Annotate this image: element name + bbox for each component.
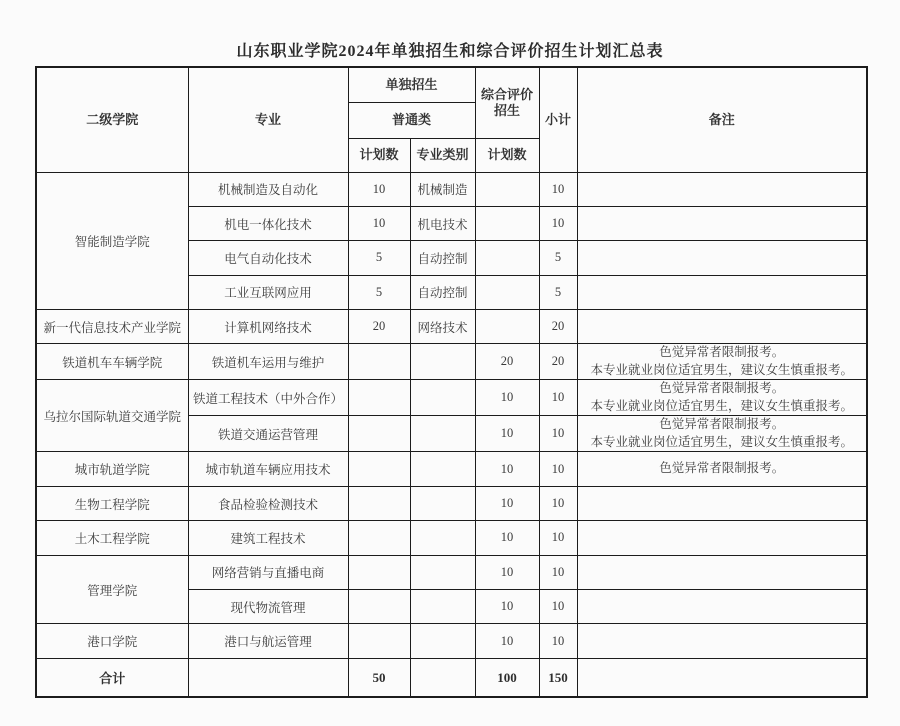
comp-plan-cell [475,275,539,309]
college-cell: 土木工程学院 [36,521,188,555]
table-row: 港口学院 港口与航运管理 10 10 [36,624,867,658]
total-sep-plan-cell: 50 [348,658,410,697]
header-major: 专业 [188,67,348,172]
remark-cell: 色觉异常者限制报考。 本专业就业岗位适宜男生，建议女生慎重报考。 [577,380,867,416]
header-comp-plan-count: 计划数 [475,138,539,172]
category-cell [410,555,475,589]
table-row: 智能制造学院 机械制造及自动化 10 机械制造 10 [36,172,867,206]
table-row: 新一代信息技术产业学院 计算机网络技术 20 网络技术 20 [36,310,867,344]
category-cell [410,416,475,452]
comp-plan-cell: 10 [475,380,539,416]
document-page: 山东职业学院2024年单独招生和综合评价招生计划汇总表 二级学院 专业 单独招生… [0,0,900,726]
header-comprehensive-evaluation: 综合评价招生 [475,67,539,138]
table-row: 管理学院 网络营销与直播电商 10 10 [36,555,867,589]
subtotal-cell: 10 [539,624,577,658]
total-comp-plan-cell: 100 [475,658,539,697]
college-cell: 铁道机车车辆学院 [36,344,188,380]
subtotal-cell: 20 [539,310,577,344]
major-cell: 铁道交通运营管理 [188,416,348,452]
sep-plan-cell: 10 [348,206,410,240]
major-cell: 网络营销与直播电商 [188,555,348,589]
subtotal-cell: 20 [539,344,577,380]
category-cell [410,521,475,555]
total-row: 合计 50 100 150 [36,658,867,697]
total-remark-cell [577,658,867,697]
category-cell [410,380,475,416]
remark-cell [577,624,867,658]
header-major-category: 专业类别 [410,138,475,172]
college-cell: 乌拉尔国际轨道交通学院 [36,380,188,452]
major-cell: 机械制造及自动化 [188,172,348,206]
subtotal-cell: 10 [539,416,577,452]
subtotal-cell: 5 [539,275,577,309]
header-college: 二级学院 [36,67,188,172]
category-cell: 自动控制 [410,275,475,309]
major-cell: 现代物流管理 [188,590,348,624]
major-cell: 港口与航运管理 [188,624,348,658]
major-cell: 建筑工程技术 [188,521,348,555]
remark-cell [577,206,867,240]
major-cell: 食品检验检测技术 [188,486,348,520]
college-cell: 生物工程学院 [36,486,188,520]
college-cell: 港口学院 [36,624,188,658]
page-title: 山东职业学院2024年单独招生和综合评价招生计划汇总表 [0,38,900,61]
subtotal-cell: 10 [539,172,577,206]
sep-plan-cell [348,344,410,380]
remark-cell [577,521,867,555]
subtotal-cell: 10 [539,380,577,416]
college-cell: 城市轨道学院 [36,452,188,486]
category-cell: 网络技术 [410,310,475,344]
category-cell [410,590,475,624]
remark-cell: 色觉异常者限制报考。 本专业就业岗位适宜男生，建议女生慎重报考。 [577,416,867,452]
remark-cell: 色觉异常者限制报考。 [577,452,867,486]
header-plan-count: 计划数 [348,138,410,172]
sep-plan-cell [348,555,410,589]
sep-plan-cell [348,590,410,624]
subtotal-cell: 5 [539,241,577,275]
comp-plan-cell [475,310,539,344]
comp-plan-cell: 10 [475,624,539,658]
category-cell [410,624,475,658]
sep-plan-cell [348,416,410,452]
sep-plan-cell: 10 [348,172,410,206]
table-row: 生物工程学院 食品检验检测技术 10 10 [36,486,867,520]
comp-plan-cell: 10 [475,590,539,624]
sep-plan-cell: 5 [348,275,410,309]
major-cell: 铁道机车运用与维护 [188,344,348,380]
comp-plan-cell: 10 [475,416,539,452]
enrollment-plan-table: 二级学院 专业 单独招生 综合评价招生 小计 备注 普通类 计划数 专业类别 计… [35,66,868,698]
sep-plan-cell [348,486,410,520]
sep-plan-cell [348,452,410,486]
table-row: 乌拉尔国际轨道交通学院 铁道工程技术（中外合作） 10 10 色觉异常者限制报考… [36,380,867,416]
subtotal-cell: 10 [539,486,577,520]
remark-cell [577,172,867,206]
comp-plan-cell [475,172,539,206]
major-cell: 计算机网络技术 [188,310,348,344]
subtotal-cell: 10 [539,555,577,589]
category-cell: 机电技术 [410,206,475,240]
major-cell: 城市轨道车辆应用技术 [188,452,348,486]
remark-cell [577,555,867,589]
comp-plan-cell [475,206,539,240]
subtotal-cell: 10 [539,521,577,555]
category-cell: 机械制造 [410,172,475,206]
major-cell: 铁道工程技术（中外合作） [188,380,348,416]
remark-cell [577,590,867,624]
remark-cell [577,241,867,275]
category-cell [410,452,475,486]
sep-plan-cell [348,624,410,658]
remark-cell [577,310,867,344]
subtotal-cell: 10 [539,590,577,624]
remark-cell [577,275,867,309]
sep-plan-cell [348,521,410,555]
major-cell: 机电一体化技术 [188,206,348,240]
header-remarks: 备注 [577,67,867,172]
comp-plan-cell: 10 [475,555,539,589]
table-row: 城市轨道学院 城市轨道车辆应用技术 10 10 色觉异常者限制报考。 [36,452,867,486]
header-general-category: 普通类 [348,102,475,138]
category-cell: 自动控制 [410,241,475,275]
sep-plan-cell: 5 [348,241,410,275]
total-major-cell [188,658,348,697]
header-row-1: 二级学院 专业 单独招生 综合评价招生 小计 备注 [36,67,867,102]
subtotal-cell: 10 [539,206,577,240]
sep-plan-cell: 20 [348,310,410,344]
sep-plan-cell [348,380,410,416]
major-cell: 电气自动化技术 [188,241,348,275]
category-cell [410,344,475,380]
table-row: 土木工程学院 建筑工程技术 10 10 [36,521,867,555]
comp-plan-cell: 10 [475,452,539,486]
comp-plan-cell: 10 [475,521,539,555]
major-cell: 工业互联网应用 [188,275,348,309]
total-label: 合计 [36,658,188,697]
college-cell: 新一代信息技术产业学院 [36,310,188,344]
college-cell: 管理学院 [36,555,188,624]
total-subtotal-cell: 150 [539,658,577,697]
total-category-cell [410,658,475,697]
header-separate-enrollment: 单独招生 [348,67,475,102]
remark-cell: 色觉异常者限制报考。 本专业就业岗位适宜男生，建议女生慎重报考。 [577,344,867,380]
college-cell: 智能制造学院 [36,172,188,310]
subtotal-cell: 10 [539,452,577,486]
table-row: 铁道机车车辆学院 铁道机车运用与维护 20 20 色觉异常者限制报考。 本专业就… [36,344,867,380]
comp-plan-cell [475,241,539,275]
comp-plan-cell: 10 [475,486,539,520]
remark-cell [577,486,867,520]
header-subtotal: 小计 [539,67,577,172]
category-cell [410,486,475,520]
comp-plan-cell: 20 [475,344,539,380]
